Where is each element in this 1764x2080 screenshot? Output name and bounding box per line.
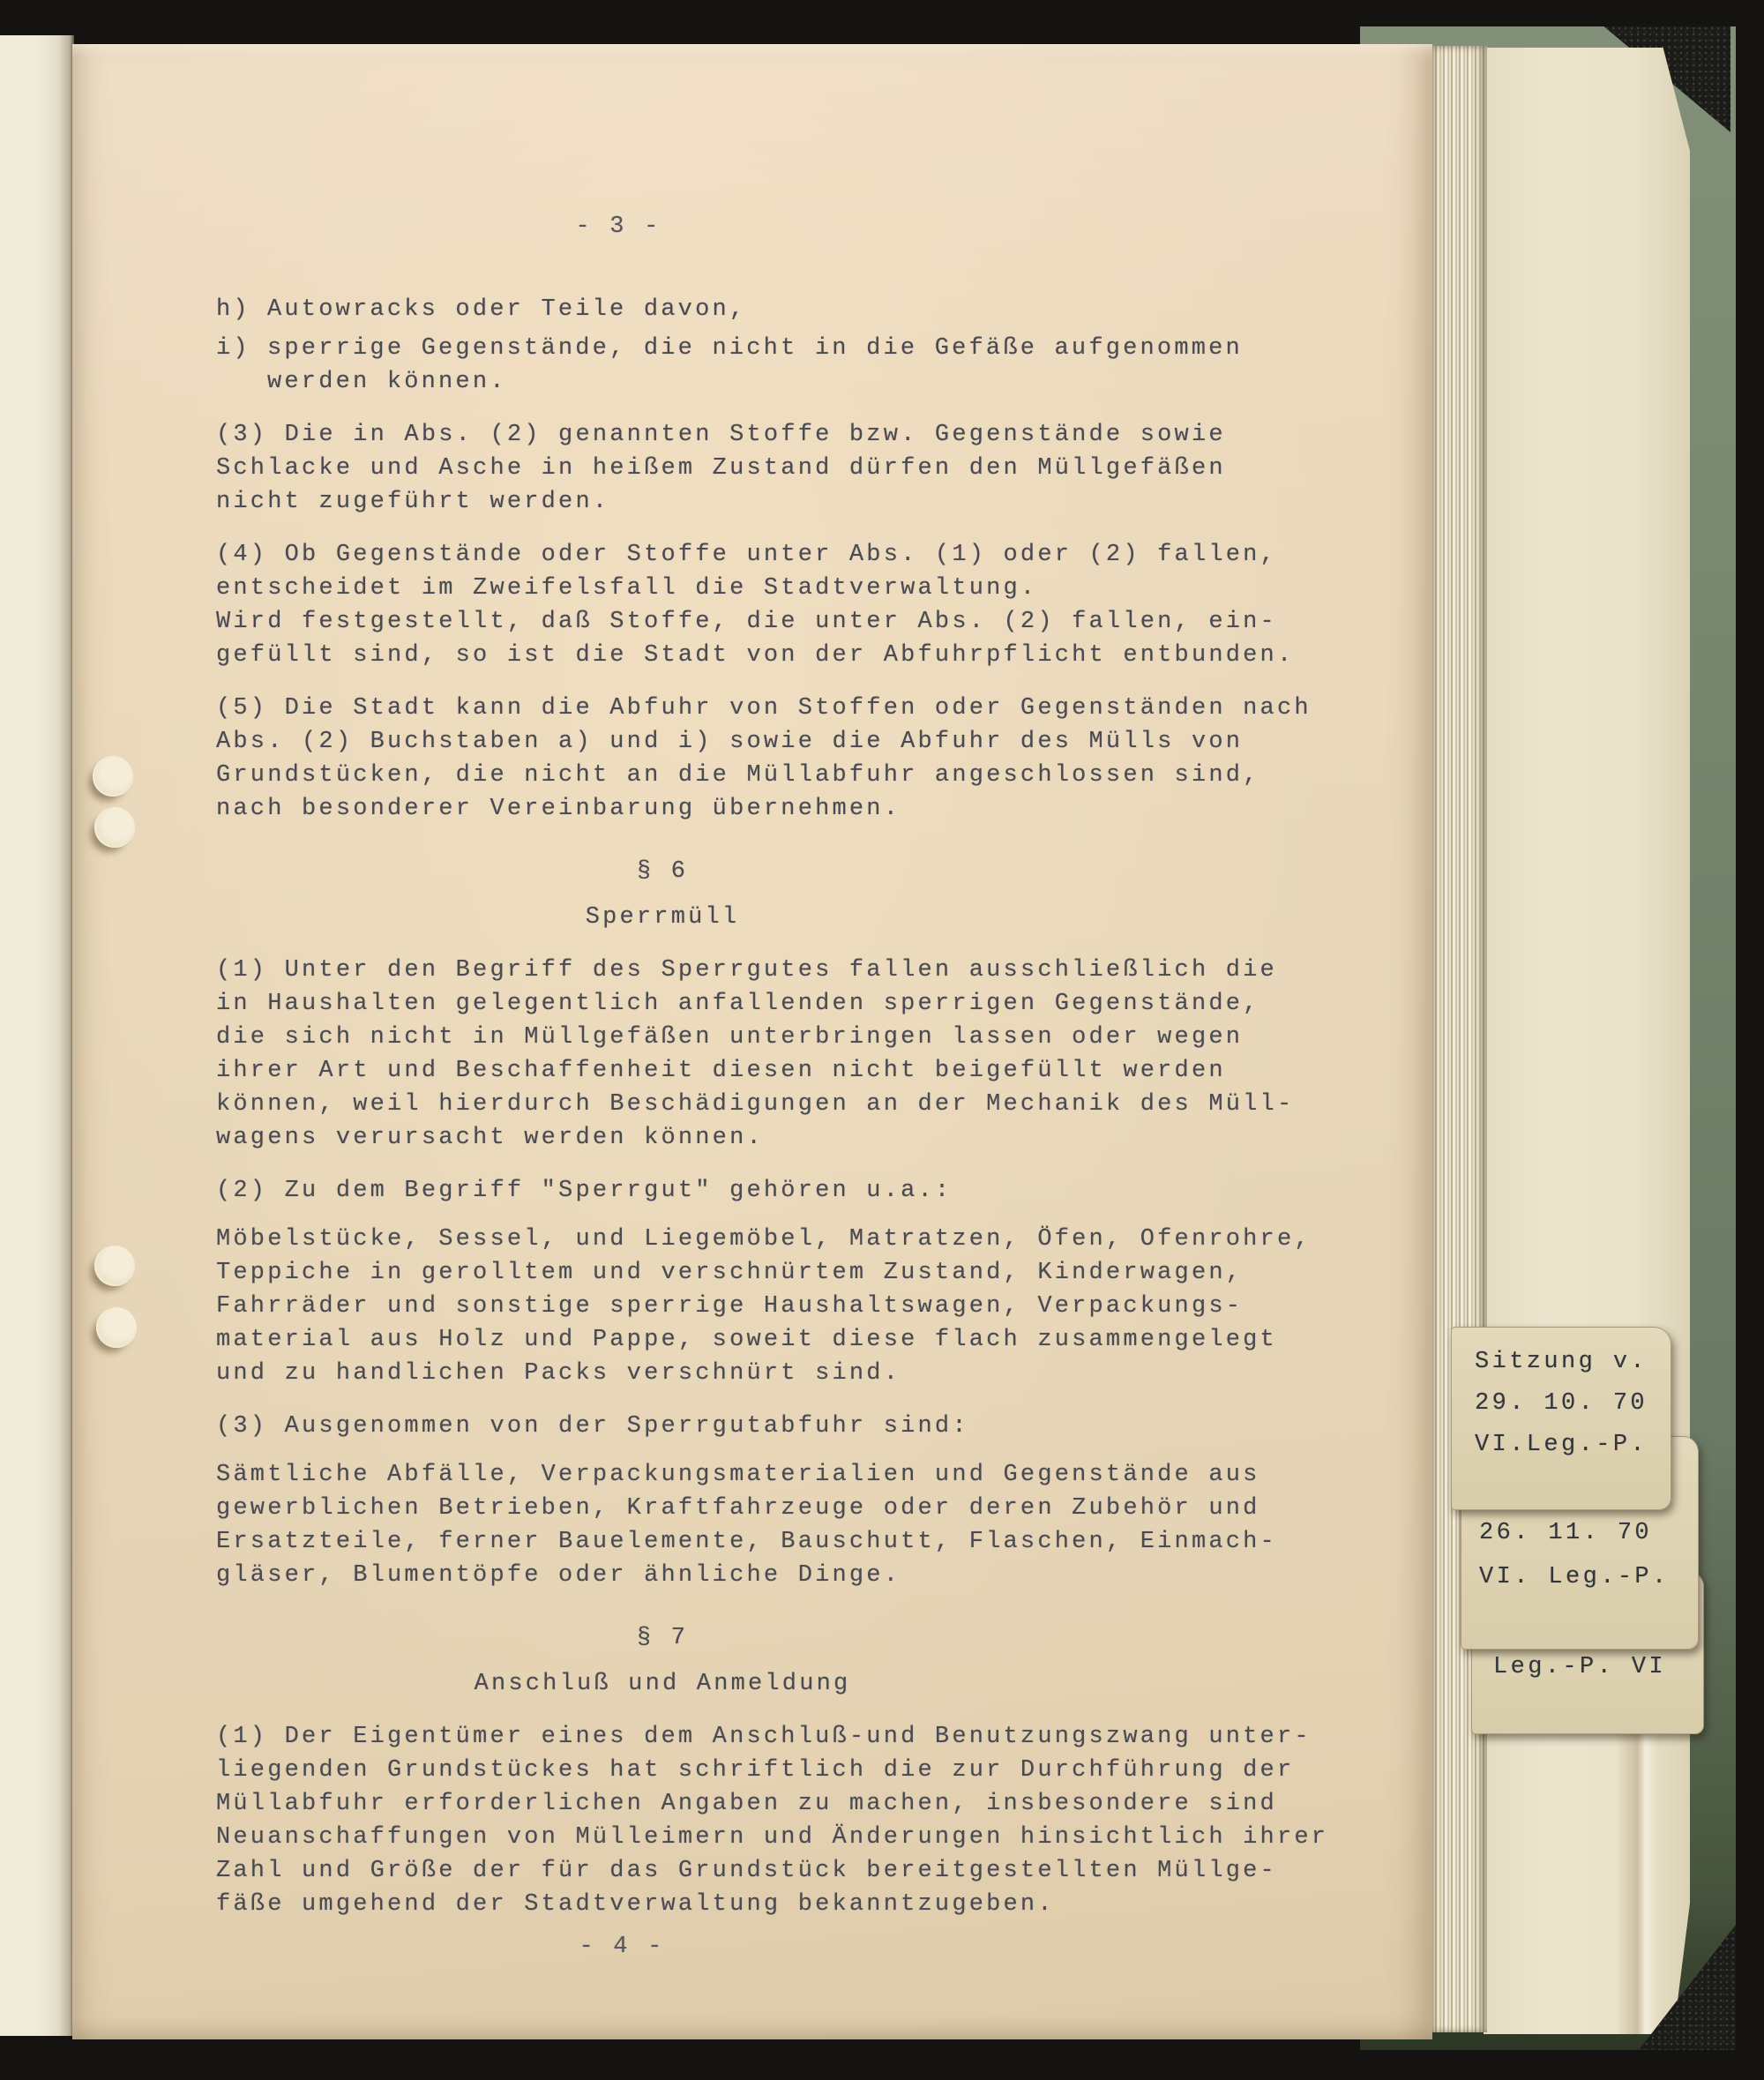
paragraph: (1) Unter den Begriff des Sperrgutes fal… [216, 954, 1363, 1155]
text-line: die sich nicht in Müllgefäßen unterbring… [216, 1021, 1363, 1054]
tab-line: 29. 10. 70 [1475, 1383, 1671, 1425]
text-line: Müllabfuhr erforderlichen Angaben zu mac… [216, 1787, 1363, 1821]
text-line: (1) Unter den Begriff des Sperrgutes fal… [216, 954, 1363, 987]
paragraph: Sämtliche Abfälle, Verpackungsmaterialie… [216, 1458, 1363, 1592]
paragraph: (2) Zu dem Begriff "Sperrgut" gehören u.… [216, 1174, 1363, 1208]
text-line: (4) Ob Gegenstände oder Stoffe unter Abs… [216, 538, 1363, 572]
text-line: gläser, Blumentöpfe oder ähnliche Dinge. [216, 1559, 1363, 1592]
text-line: Autowracks oder Teile davon, [267, 293, 746, 326]
list-item-label: i) [216, 332, 267, 399]
text-line: gewerblichen Betrieben, Kraftfahrzeuge o… [216, 1492, 1363, 1525]
tab-line: 26. 11. 70 [1479, 1511, 1698, 1555]
paragraph: (4) Ob Gegenstände oder Stoffe unter Abs… [216, 538, 1363, 672]
book-scan: - 3 -h)Autowracks oder Teile davon,i)spe… [0, 0, 1764, 2080]
paragraph: Möbelstücke, Sessel, und Liegemöbel, Mat… [216, 1223, 1363, 1390]
page-number: - 4 - [216, 1930, 1028, 1964]
list-item: h)Autowracks oder Teile davon, [216, 293, 1363, 326]
section-heading: § 6 [216, 855, 1109, 888]
punch-hole-4 [96, 1307, 137, 1348]
list-item-label: h) [216, 293, 267, 326]
document-text: - 3 -h)Autowracks oder Teile davon,i)spe… [216, 210, 1363, 1964]
punch-hole-3 [94, 1246, 135, 1286]
text-line: Neuanschaffungen von Mülleimern und Ände… [216, 1821, 1363, 1854]
left-page-edge [0, 35, 74, 2036]
text-line: Grundstücken, die nicht an die Müllabfuh… [216, 759, 1363, 792]
list-item-lines: Autowracks oder Teile davon, [267, 293, 746, 326]
text-line: Sämtliche Abfälle, Verpackungsmaterialie… [216, 1458, 1363, 1492]
paragraph: (5) Die Stadt kann die Abfuhr von Stoffe… [216, 692, 1363, 826]
text-line: Schlacke und Asche in heißem Zustand dür… [216, 452, 1363, 485]
text-line: werden können. [267, 365, 1243, 399]
page-crease [1616, 1680, 1663, 2068]
tab-line: Sitzung v. [1475, 1342, 1671, 1383]
text-line: material aus Holz und Pappe, soweit dies… [216, 1323, 1363, 1357]
punch-hole-2 [94, 807, 135, 848]
paragraph: (3) Ausgenommen von der Sperrgutabfuhr s… [216, 1410, 1363, 1443]
text-line: (3) Die in Abs. (2) genannten Stoffe bzw… [216, 418, 1363, 452]
paragraph: (1) Der Eigentümer eines dem Anschluß-un… [216, 1720, 1363, 1921]
text-line: Ersatzteile, ferner Bauelemente, Bauschu… [216, 1525, 1363, 1559]
text-line: Abs. (2) Buchstaben a) und i) sowie die … [216, 725, 1363, 759]
tab-line: VI. Leg.-P. [1479, 1555, 1698, 1599]
tab-line: Leg.-P. VI [1493, 1645, 1703, 1689]
section-subheading: Sperrmüll [216, 901, 1109, 934]
text-line: liegenden Grundstückes hat schriftlich d… [216, 1754, 1363, 1787]
text-line: wagens verursacht werden können. [216, 1121, 1363, 1155]
text-line: Wird festgestellt, daß Stoffe, die unter… [216, 605, 1363, 639]
text-line: sperrige Gegenstände, die nicht in die G… [267, 332, 1243, 365]
text-line: in Haushalten gelegentlich anfallenden s… [216, 987, 1363, 1021]
text-line: Teppiche in gerolltem und verschnürtem Z… [216, 1256, 1363, 1290]
underlying-page [1484, 48, 1690, 2034]
paragraph: (3) Die in Abs. (2) genannten Stoffe bzw… [216, 418, 1363, 519]
text-line: Zahl und Größe der für das Grundstück be… [216, 1854, 1363, 1888]
page-number: - 3 - [216, 210, 1020, 243]
list-item: i)sperrige Gegenstände, die nicht in die… [216, 332, 1363, 399]
text-line: (2) Zu dem Begriff "Sperrgut" gehören u.… [216, 1174, 1363, 1208]
text-line: entscheidet im Zweifelsfall die Stadtver… [216, 572, 1363, 605]
text-line: und zu handlichen Packs verschnürt sind. [216, 1357, 1363, 1390]
section-subheading: Anschluß und Anmeldung [216, 1667, 1109, 1701]
punch-hole-1 [93, 756, 133, 797]
text-line: fäße umgehend der Stadtverwaltung bekann… [216, 1888, 1363, 1921]
text-line: (5) Die Stadt kann die Abfuhr von Stoffe… [216, 692, 1363, 725]
text-line: nach besonderer Vereinbarung übernehmen. [216, 792, 1363, 826]
text-line: (3) Ausgenommen von der Sperrgutabfuhr s… [216, 1410, 1363, 1443]
text-line: Fahrräder und sonstige sperrige Haushalt… [216, 1290, 1363, 1323]
tab-line: VI.Leg.-P. [1475, 1425, 1671, 1466]
text-line: gefüllt sind, so ist die Stadt von der A… [216, 639, 1363, 672]
section-heading: § 7 [216, 1621, 1109, 1655]
list-item-lines: sperrige Gegenstände, die nicht in die G… [267, 332, 1243, 399]
text-line: können, weil hierdurch Beschädigungen an… [216, 1088, 1363, 1121]
index-tab-1: Sitzung v.29. 10. 70VI.Leg.-P. [1451, 1327, 1671, 1510]
text-line: nicht zugeführt werden. [216, 485, 1363, 519]
document-page: - 3 -h)Autowracks oder Teile davon,i)spe… [72, 44, 1432, 2039]
text-line: Möbelstücke, Sessel, und Liegemöbel, Mat… [216, 1223, 1363, 1256]
text-line: (1) Der Eigentümer eines dem Anschluß-un… [216, 1720, 1363, 1754]
text-line: ihrer Art und Beschaffenheit diesen nich… [216, 1054, 1363, 1088]
page-edges [1429, 46, 1487, 2032]
